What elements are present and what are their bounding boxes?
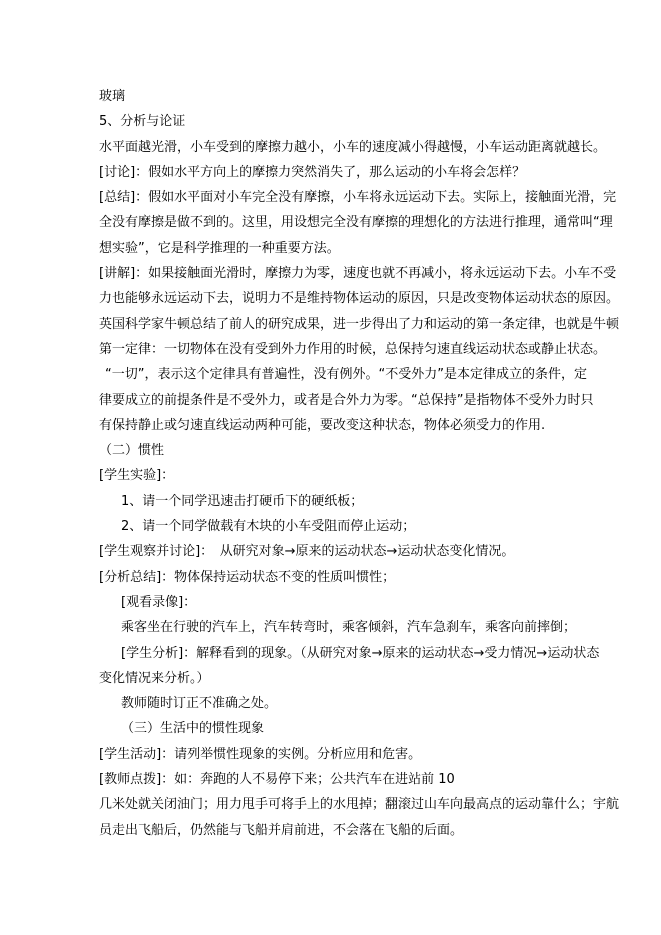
text-line-student-observe: [学生观察并讨论]： 从研究对象→原来的运动状态→运动状态变化情况。 [99,539,579,564]
text-line-teacher-guide-3: 员走出飞船后，仍然能与飞船并肩前进，不会落在飞船的后面。 [99,818,579,843]
text-line-student-analysis-2: 变化情况来分析。） [99,666,579,691]
text-line-analysis-summary: [分析总结]：物体保持运动状态不变的性质叫惯性； [99,565,579,590]
text-line-law-note-1: “一切”，表示这个定律具有普遍性，没有例外。“不受外力”是本定律成立的条件，定 [99,362,579,387]
text-line-summary-1: [总结]：假如水平面对小车完全没有摩擦，小车将永远运动下去。实际上，接触面光滑，… [99,185,579,210]
document-page: 玻璃 5、分析与论证 水平面越光滑，小车受到的摩擦力越小，小车的速度减小得越慢，… [99,84,579,843]
text-line-student-activity: [学生活动]：请列举惯性现象的实例。分析应用和危害。 [99,742,579,767]
text-line-law-note-3: 有保持静止或匀速直线运动两种可能，要改变这种状态，物体必须受力的作用. [99,413,579,438]
section-heading-inertia: （二）惯性 [99,438,579,463]
section-heading-life-inertia: （三）生活中的惯性现象 [99,716,579,741]
text-line-explanation-3: 英国科学家牛顿总结了前人的研究成果，进一步得出了力和运动的第一条定律，也就是牛顿 [99,312,579,337]
text-line-student-experiment: [学生实验]： [99,463,579,488]
text-line-summary-3: 想实验”，它是科学推理的一种重要方法。 [99,236,579,261]
list-item-experiment-2: 2、请一个同学做载有木块的小车受阻而停止运动； [99,514,579,539]
text-line-explanation-1: [讲解]：如果接触面光滑时，摩擦力为零，速度也就不再减小，将永远运动下去。小车不… [99,261,579,286]
text-line-student-analysis-1: [学生分析]：解释看到的现象。（从研究对象→原来的运动状态→受力情况→运动状态 [99,641,579,666]
text-line-teacher-guide-2: 几米处就关闭油门；用力甩手可将手上的水甩掉；翻滚过山车向最高点的运动靠什么；宇航 [99,792,579,817]
text-line-newton-law: 第一定律：一切物体在没有受到外力作用的时候，总保持匀速直线运动状态或静止状态。 [99,337,579,362]
text-line-teacher-correct: 教师随时订正不准确之处。 [99,691,579,716]
text-line-material: 玻璃 [99,84,579,109]
text-line-discussion: [讨论]：假如水平方向上的摩擦力突然消失了，那么运动的小车将会怎样？ [99,160,579,185]
text-line-law-note-2: 律要成立的前提条件是不受外力，或者是合外力为零。“总保持”是指物体不受外力时只 [99,388,579,413]
text-line-conclusion: 水平面越光滑，小车受到的摩擦力越小，小车的速度减小得越慢，小车运动距离就越长。 [99,135,579,160]
text-line-summary-2: 全没有摩擦是做不到的。这里，用设想完全没有摩擦的理想化的方法进行推理，通常叫“理 [99,210,579,235]
text-line-passenger-example: 乘客坐在行驶的汽车上，汽车转弯时，乘客倾斜，汽车急刹车，乘客向前摔倒； [99,615,579,640]
text-line-teacher-guide-1: [教师点拨]：如：奔跑的人不易停下来；公共汽车在进站前 10 [99,767,579,792]
list-item-experiment-1: 1、请一个同学迅速击打硬币下的硬纸板； [99,489,579,514]
text-line-explanation-2: 力也能够永远运动下去，说明力不是维持物体运动的原因，只是改变物体运动状态的原因。 [99,286,579,311]
section-heading-analysis: 5、分析与论证 [99,109,579,134]
text-line-watch-video: [观看录像]： [99,590,579,615]
